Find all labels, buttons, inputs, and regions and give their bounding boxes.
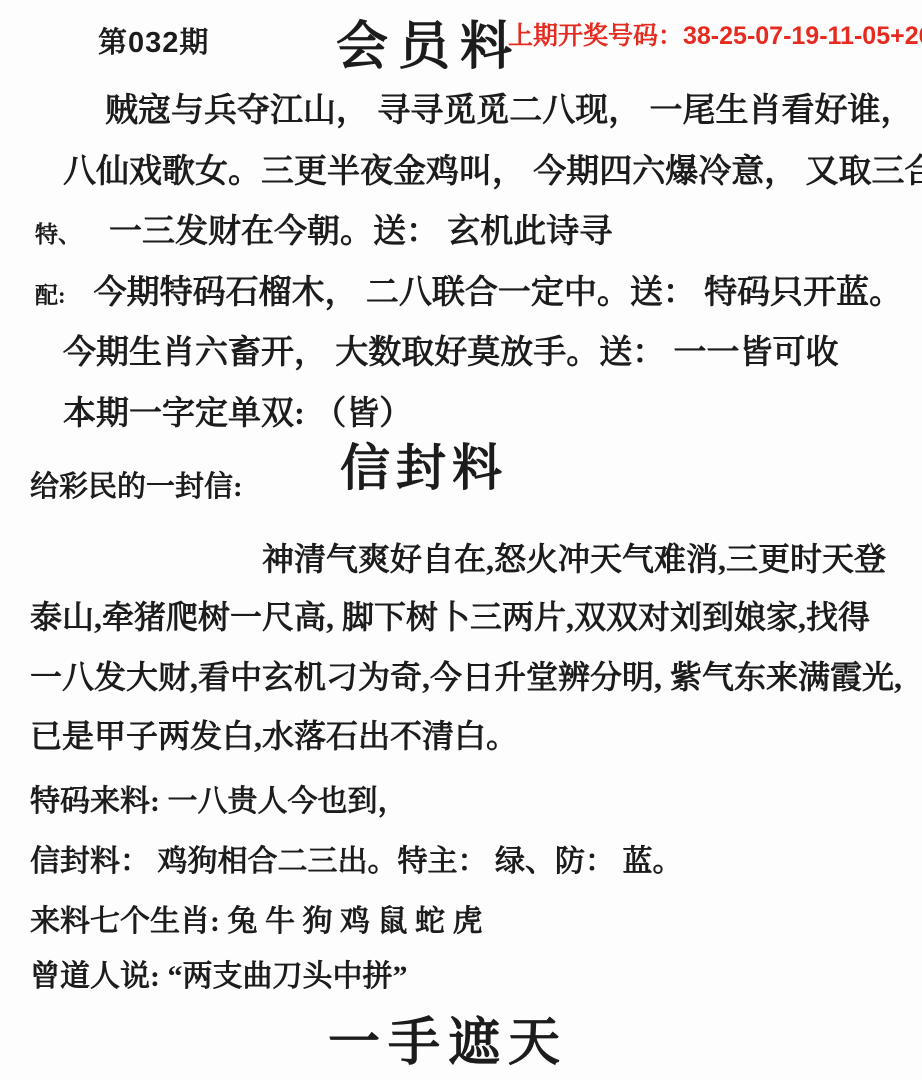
member-line: 特、一三发财在今朝。送： 玄机此诗寻 (35, 205, 905, 252)
footer-title: 一手遮天 (328, 1000, 568, 1075)
member-line: 今期生肖六畜开， 大数取好莫放手。送： 一一皆可收 (35, 326, 905, 373)
page-title: 会员料 (336, 4, 522, 79)
envelope-tip-line: 信封料： 鸡狗相合二三出。特主： 绿、防： 蓝。 (30, 836, 910, 880)
special-code-line: 特码来料: 一八贵人今也到， (30, 776, 910, 820)
letter-to-punters-label: 给彩民的一封信: (30, 464, 243, 505)
issue-number: 第032期 (98, 20, 209, 61)
letter-line: 神清气爽好自在,怒火冲天气难消,三更时天登 (30, 534, 922, 580)
line-text: 一三发财在今朝。送： 玄机此诗寻 (109, 214, 612, 250)
member-line: 配:今期特码石榴木， 二八联合一定中。送： 特码只开蓝。 (35, 266, 905, 313)
zodiac-line: 来料七个生肖: 兔 牛 狗 鸡 鼠 蛇 虎 (30, 896, 910, 940)
line-text: 今期生肖六畜开， 大数取好莫放手。送： 一一皆可收 (63, 335, 839, 371)
previous-draw-numbers: 上期开奖号码：38-25-07-19-11-05+26 (508, 16, 922, 52)
line-text: 贼寇与兵夺江山， 寻寻觅觅二八现， 一尾生肖看好谁， 桃谷 (105, 93, 922, 129)
member-line: 本期一字定单双: （皆） (35, 387, 905, 434)
lottery-tip-sheet: 第032期 会员料 上期开奖号码：38-25-07-19-11-05+26 贼寇… (0, 0, 922, 1080)
line-text: 本期一字定单双: （皆） (63, 396, 412, 432)
letter-line: 泰山,牵猪爬树一尺高, 脚下树卜三两片,双双对刘到娘家,找得 (30, 592, 910, 638)
member-line: 贼寇与兵夺江山， 寻寻觅觅二八现， 一尾生肖看好谁， 桃谷 (35, 84, 905, 131)
line-text: 八仙戏歌女。三更半夜金鸡叫， 今期四六爆冷意， 又取三合定中 (63, 154, 922, 190)
line-prefix: 特、 (35, 222, 81, 247)
line-prefix: 配: (35, 283, 66, 308)
line-text: 今期特码石榴木， 二八联合一定中。送： 特码只开蓝。 (94, 275, 903, 311)
member-line: 八仙戏歌女。三更半夜金鸡叫， 今期四六爆冷意， 又取三合定中 (35, 145, 905, 192)
letter-line: 已是甲子两发白,水落石出不清白。 (30, 711, 910, 757)
quote-line: 曾道人说: “两支曲刀头中拼” (30, 951, 910, 995)
envelope-section-title: 信封料 (340, 428, 508, 500)
letter-line: 一八发大财,看中玄机刁为奇,今日升堂辨分明, 紫气东来满霞光, (30, 652, 910, 698)
